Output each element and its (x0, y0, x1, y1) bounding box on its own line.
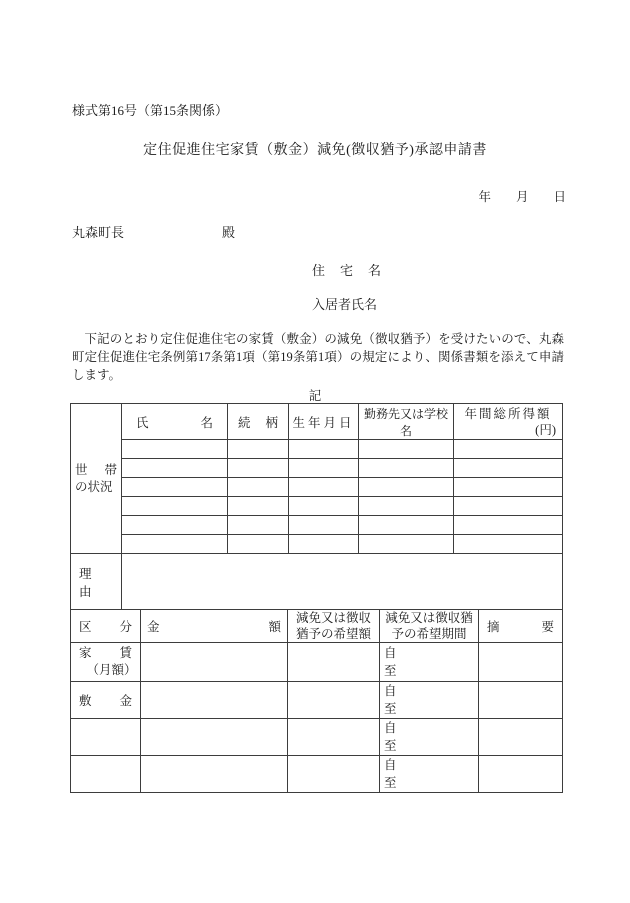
household-empty-row (71, 497, 563, 516)
empty-cell (289, 497, 359, 516)
desired-period-cell: 自 至 (380, 643, 479, 682)
empty-cell (289, 535, 359, 554)
period-to-label: 至 (384, 737, 478, 755)
column-header-relationship: 続 柄 (228, 404, 289, 440)
empty-cell (359, 535, 454, 554)
empty-cell (289, 516, 359, 535)
section-label-line1: 世 帯 (75, 462, 117, 479)
desired-amount-cell (288, 719, 380, 756)
empty-cell (122, 535, 228, 554)
empty-cell (454, 535, 563, 554)
desired-period-cell: 自 至 (380, 756, 479, 793)
amount-cell (141, 756, 288, 793)
reduction-row-rent: 家 賃 （月額） 自 至 (71, 643, 563, 682)
desired-period-line2: 予の希望期間 (380, 626, 478, 642)
column-header-desired-period: 減免又は徴収猶 予の希望期間 (380, 610, 479, 643)
empty-cell (122, 440, 228, 459)
empty-cell (359, 497, 454, 516)
column-header-annual-income: 年間総所得額 (円) (454, 404, 563, 440)
column-header-amount: 金 額 (141, 610, 288, 643)
column-header-remarks: 摘 要 (479, 610, 563, 643)
household-empty-row (71, 459, 563, 478)
reduction-row-blank: 自 至 (71, 719, 563, 756)
empty-cell (228, 497, 289, 516)
household-table: 世 帯 の状況 氏 名 続 柄 生年月日 勤務先又は学校名 年間総所得額 (円) (70, 403, 563, 610)
desired-period-cell: 自 至 (380, 719, 479, 756)
empty-cell (359, 478, 454, 497)
body-paragraph: 下記のとおり定住促進住宅の家賃（敷金）の減免（徴収猶予）を受けたいので、丸森町定… (72, 330, 564, 384)
addressee: 丸森町長 (72, 222, 124, 241)
amount-cell (141, 719, 288, 756)
household-section-label-cell: 世 帯 の状況 (71, 404, 122, 554)
record-heading: 記 (0, 386, 630, 404)
date-line: 年 月 日 (478, 187, 566, 205)
desired-amount-line1: 減免又は徴収 (288, 610, 379, 626)
form-title: 定住促進住宅家賃（敷金）減免(徴収猶予)承認申請書 (0, 139, 630, 159)
desired-amount-line2: 猶予の希望額 (288, 626, 379, 642)
empty-cell (289, 478, 359, 497)
category-cell: 敷 金 (71, 682, 141, 719)
desired-amount-cell (288, 643, 380, 682)
empty-cell (359, 440, 454, 459)
empty-cell (289, 459, 359, 478)
period-from-label: 自 (384, 644, 478, 662)
empty-cell (359, 516, 454, 535)
period-to-label: 至 (384, 774, 478, 792)
empty-cell (122, 497, 228, 516)
household-empty-row (71, 478, 563, 497)
empty-cell (454, 516, 563, 535)
empty-cell (122, 478, 228, 497)
reason-value-cell (122, 554, 563, 610)
period-from-label: 自 (384, 682, 478, 700)
remarks-cell (479, 719, 563, 756)
empty-cell (228, 459, 289, 478)
remarks-cell (479, 756, 563, 793)
reason-row: 理 由 (71, 554, 563, 610)
period-from-label: 自 (384, 719, 478, 737)
form-tables: 世 帯 の状況 氏 名 続 柄 生年月日 勤務先又は学校名 年間総所得額 (円) (70, 403, 562, 793)
household-empty-row (71, 440, 563, 459)
empty-cell (228, 516, 289, 535)
annual-income-line2: (円) (454, 422, 562, 438)
empty-cell (454, 497, 563, 516)
reduction-header-row: 区 分 金 額 減免又は徴収 猶予の希望額 減免又は徴収猶 予の希望期間 摘 要 (71, 610, 563, 643)
desired-amount-cell (288, 756, 380, 793)
page: 様式第16号（第15条関係） 定住促進住宅家賃（敷金）減免(徴収猶予)承認申請書… (0, 0, 630, 903)
column-header-workplace: 勤務先又は学校名 (359, 404, 454, 440)
empty-cell (228, 478, 289, 497)
category-cell: 家 賃 （月額） (71, 643, 141, 682)
reduction-row-deposit: 敷 金 自 至 (71, 682, 563, 719)
category-cell (71, 756, 141, 793)
empty-cell (122, 459, 228, 478)
reason-label: 理 由 (71, 554, 122, 610)
empty-cell (454, 440, 563, 459)
desired-amount-cell (288, 682, 380, 719)
category-label-line2: （月額） (71, 662, 140, 679)
section-label-line2: の状況 (75, 479, 117, 496)
remarks-cell (479, 682, 563, 719)
column-header-category: 区 分 (71, 610, 141, 643)
annual-income-line1: 年間総所得額 (454, 406, 562, 422)
empty-cell (228, 440, 289, 459)
empty-cell (122, 516, 228, 535)
empty-cell (289, 440, 359, 459)
honorific: 殿 (222, 222, 235, 241)
empty-cell (454, 459, 563, 478)
empty-cell (228, 535, 289, 554)
column-header-desired-amount: 減免又は徴収 猶予の希望額 (288, 610, 380, 643)
column-header-birthdate: 生年月日 (289, 404, 359, 440)
amount-cell (141, 682, 288, 719)
resident-name-label: 入居者氏名 (312, 294, 377, 313)
category-label-line1: 家 賃 (71, 645, 140, 662)
housing-name-label: 住 宅 名 (312, 260, 382, 279)
desired-period-line1: 減免又は徴収猶 (380, 610, 478, 626)
form-number: 様式第16号（第15条関係） (72, 100, 228, 119)
empty-cell (359, 459, 454, 478)
remarks-cell (479, 643, 563, 682)
category-cell (71, 719, 141, 756)
period-to-label: 至 (384, 700, 478, 718)
period-from-label: 自 (384, 756, 478, 774)
desired-period-cell: 自 至 (380, 682, 479, 719)
period-to-label: 至 (384, 662, 478, 680)
household-empty-row (71, 516, 563, 535)
household-header-row: 世 帯 の状況 氏 名 続 柄 生年月日 勤務先又は学校名 年間総所得額 (円) (71, 404, 563, 440)
reduction-row-blank: 自 至 (71, 756, 563, 793)
empty-cell (454, 478, 563, 497)
reduction-table: 区 分 金 額 減免又は徴収 猶予の希望額 減免又は徴収猶 予の希望期間 摘 要… (70, 609, 563, 793)
amount-cell (141, 643, 288, 682)
household-empty-row (71, 535, 563, 554)
column-header-name: 氏 名 (122, 404, 228, 440)
